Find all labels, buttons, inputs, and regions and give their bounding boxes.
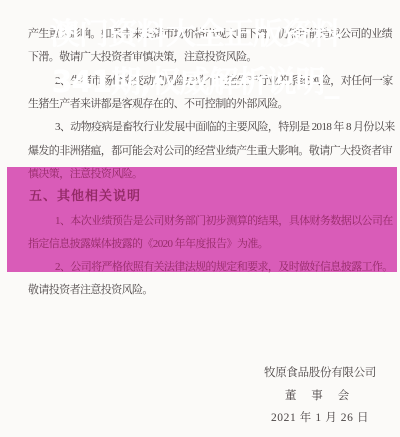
signature-date: 2021 年 1 月 26 日 [250, 409, 390, 425]
announcement-page: 产生重大影响。如果未来生猪市场价格出现大幅下滑，仍然可能造成公司的业绩 下滑。敬… [0, 0, 400, 437]
doc-line: 爆发的非洲猪瘟，都可能会对公司的经营业绩产生重大影响。敬请广大投资者审 [28, 143, 392, 159]
company-name: 牧原食品股份有限公司 [250, 364, 390, 380]
watermark-title-line1: 澳门资料大全正版资料 [0, 9, 390, 53]
watermark-title-line2: 341期,权威解析说明_ [0, 57, 390, 101]
doc-line-covered: 指定信息披露媒体披露的《2020 年年度报告》为准。 [28, 236, 268, 252]
doc-line: 3、动物疫病是畜牧行业发展中面临的主要风险，特别是 2018 年 8 月份以来 [55, 119, 395, 135]
section-heading: 五、其他相关说明 [29, 188, 141, 204]
doc-line-covered: 2、公司将严格依照有关法律法规的规定和要求，及时做好信息披露工作。 [55, 259, 393, 275]
doc-line: 敬请投资者注意投资风险。 [28, 282, 153, 298]
doc-line-covered: 慎决策，注意投资风险。 [28, 166, 142, 182]
doc-line-covered: 1、本次业绩预告是公司财务部门初步测算的结果，具体财务数据以公司在 [55, 213, 393, 229]
board-of-directors: 董 事 会 [250, 387, 390, 403]
